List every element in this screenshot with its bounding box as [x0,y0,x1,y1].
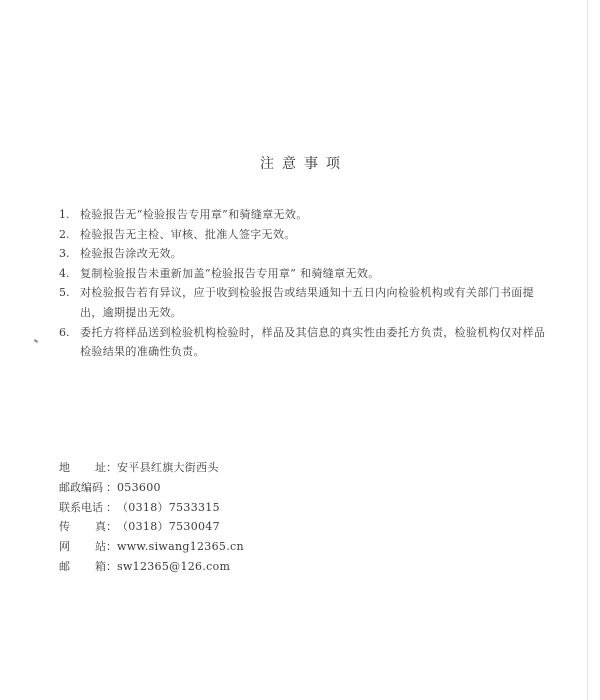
note-item: 2. 检验报告无主检、审核、批准人签字无效。 [59,225,549,245]
label-end: 真： [95,517,117,537]
label-start: 地 [59,458,70,478]
contact-label: 网站： [59,537,117,557]
label-end: 址： [95,458,117,478]
note-item: 1. 检验报告无“检验报告专用章”和骑缝章无效。 [59,205,549,225]
note-number: 4. [59,264,80,284]
note-text: 检验报告涂改无效。 [80,244,549,264]
contact-info: 地址： 安平县红旗大街西头 邮政编码： 053600 联系电话： （0318）7… [59,458,244,577]
contact-fax: 传真： （0318）7530047 [59,517,244,537]
contact-label: 邮政编码： [59,478,117,498]
note-text: 对检验报告若有异议，应于收到检验报告或结果通知十五日内向检验机构或有关部门书面提… [80,283,549,322]
contact-phone: 联系电话： （0318）7533315 [59,498,244,518]
contact-postcode: 邮政编码： 053600 [59,478,244,498]
note-item: 4. 复制检验报告未重新加盖“检验报告专用章” 和骑缝章无效。 [59,264,549,284]
contact-value: sw12365@126.com [117,557,230,577]
contact-value: （0318）7530047 [117,517,220,537]
contact-label: 传真： [59,517,117,537]
label-end: ： [106,478,117,498]
note-item: 5. 对检验报告若有异议，应于收到检验报告或结果通知十五日内向检验机构或有关部门… [59,283,549,322]
contact-value: www.siwang12365.cn [117,537,244,557]
page-title: 注意事项 [0,153,600,173]
label-start: 邮政编码 [59,478,103,498]
note-text: 委托方将样品送到检验机构检验时，样品及其信息的真实性由委托方负责，检验机构仅对样… [80,323,549,362]
label-end: 箱： [95,557,117,577]
note-number: 2. [59,225,80,245]
notes-list: 1. 检验报告无“检验报告专用章”和骑缝章无效。 2. 检验报告无主检、审核、批… [59,205,549,362]
scan-edge-line [587,0,588,700]
label-start: 传 [59,517,70,537]
contact-website: 网站： www.siwang12365.cn [59,537,244,557]
scan-mark [34,339,38,343]
note-number: 3. [59,244,80,264]
contact-label: 联系电话： [59,498,117,518]
note-text: 检验报告无“检验报告专用章”和骑缝章无效。 [80,205,549,225]
contact-value: 安平县红旗大街西头 [117,458,219,478]
contact-label: 地址： [59,458,117,478]
label-end: ： [106,498,117,518]
contact-value: 053600 [117,478,161,498]
contact-value: （0318）7533315 [117,498,220,518]
note-item: 3. 检验报告涂改无效。 [59,244,549,264]
label-start: 联系电话 [59,498,103,518]
note-number: 1. [59,205,80,225]
contact-address: 地址： 安平县红旗大街西头 [59,458,244,478]
contact-label: 邮箱： [59,557,117,577]
contact-email: 邮箱： sw12365@126.com [59,557,244,577]
note-number: 6. [59,323,80,362]
label-start: 网 [59,537,70,557]
label-end: 站： [95,537,117,557]
note-number: 5. [59,283,80,322]
note-text: 复制检验报告未重新加盖“检验报告专用章” 和骑缝章无效。 [80,264,549,284]
note-item: 6. 委托方将样品送到检验机构检验时，样品及其信息的真实性由委托方负责，检验机构… [59,323,549,362]
note-text: 检验报告无主检、审核、批准人签字无效。 [80,225,549,245]
label-start: 邮 [59,557,70,577]
